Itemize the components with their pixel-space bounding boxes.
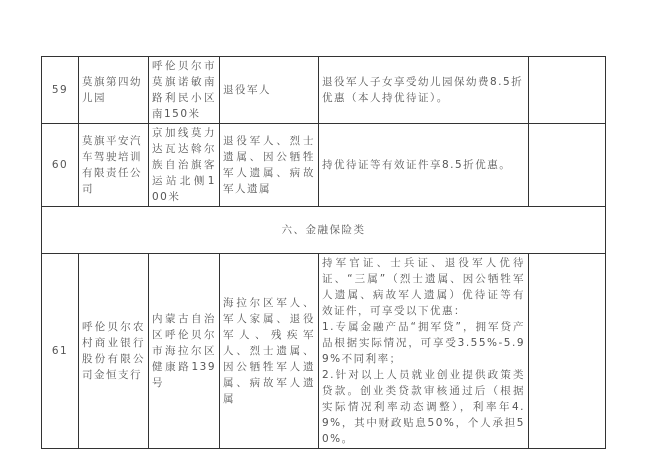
eligible-target: 海拉尔区军人、军人家属、退役军人、残疾军人、烈士遗属、因公牺牲军人遗属、病故军人…	[220, 254, 319, 449]
row-number: 60	[42, 124, 79, 207]
eligible-target: 退役军人	[220, 57, 319, 124]
merchant-address: 内蒙古自治区呼伦贝尔市海拉尔区健康路139号	[149, 254, 220, 449]
table-row: 60 莫旗平安汽车驾驶培训有限责任公司 京加线莫力达瓦达斡尔族自治旗客运站北侧1…	[42, 124, 606, 207]
benefit-content: 持优待证等有效证件享8.5折优惠。	[319, 124, 529, 207]
benefit-item-1: 1.专属金融产品“拥军贷”，拥军贷产品根据实际情况，可享受3.55%-5.99%…	[322, 319, 525, 367]
benefit-item-2: 2.针对以上人员就业创业提供政策类贷款。创业类贷款审核通过后（根据实际情况利率动…	[322, 367, 525, 447]
note-cell	[529, 254, 606, 449]
benefit-intro: 持军官证、士兵证、退役军人优待证、“三属”（烈士遗属、因公牺牲军人遗属、病故军人…	[322, 255, 525, 319]
row-number: 61	[42, 254, 79, 449]
merchant-address: 京加线莫力达瓦达斡尔族自治旗客运站北侧100米	[149, 124, 220, 207]
merchant-address: 呼伦贝尔市莫旗诺敏南路利民小区南150米	[149, 57, 220, 124]
section-row: 六、金融保险类	[42, 207, 606, 254]
benefit-content: 持军官证、士兵证、退役军人优待证、“三属”（烈士遗属、因公牺牲军人遗属、病故军人…	[319, 254, 529, 449]
table-row: 59 莫旗第四幼儿园 呼伦贝尔市莫旗诺敏南路利民小区南150米 退役军人 退役军…	[42, 57, 606, 124]
merchant-name: 莫旗第四幼儿园	[79, 57, 149, 124]
merchant-name: 莫旗平安汽车驾驶培训有限责任公司	[79, 124, 149, 207]
eligible-target: 退役军人、烈士遗属、因公牺牲军人遗属、病故军人遗属	[220, 124, 319, 207]
note-cell	[529, 57, 606, 124]
benefits-table: 59 莫旗第四幼儿园 呼伦贝尔市莫旗诺敏南路利民小区南150米 退役军人 退役军…	[41, 56, 606, 449]
note-cell	[529, 124, 606, 207]
table-row: 61 呼伦贝尔农村商业银行股份有限公司金恒支行 内蒙古自治区呼伦贝尔市海拉尔区健…	[42, 254, 606, 449]
merchant-name: 呼伦贝尔农村商业银行股份有限公司金恒支行	[79, 254, 149, 449]
section-heading: 六、金融保险类	[42, 207, 606, 254]
benefit-content: 退役军人子女享受幼儿园保幼费8.5折优惠（本人持优待证）。	[319, 57, 529, 124]
row-number: 59	[42, 57, 79, 124]
